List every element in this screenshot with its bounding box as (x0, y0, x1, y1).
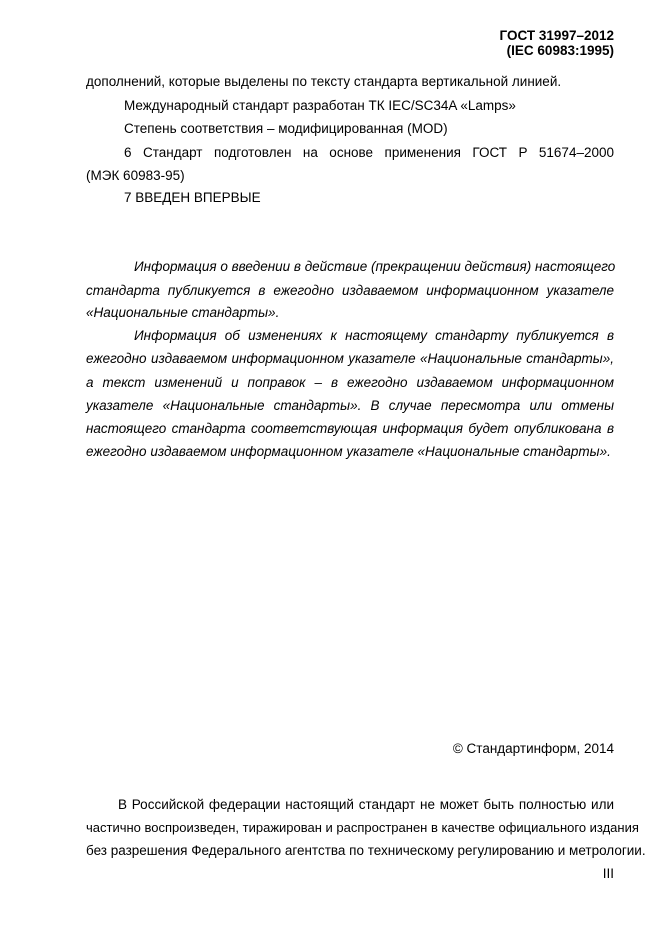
info-line: указателе «Национальные стандарты». В сл… (86, 398, 614, 414)
document-header: ГОСТ 31997–2012 (IEC 60983:1995) (500, 28, 614, 58)
page-number: III (86, 866, 614, 882)
legal-line: В Российской федерации настоящий стандар… (86, 797, 614, 813)
copyright: © Стандартинформ, 2014 (86, 741, 614, 757)
info-line: ежегодно издаваемом информационном указа… (86, 351, 614, 367)
legal-line: без разрешения Федерального агентства по… (86, 843, 614, 859)
body-line: дополнений, которые выделены по тексту с… (86, 74, 614, 90)
info-line: настоящего стандарта соответствующая инф… (86, 421, 614, 437)
body-line: Международный стандарт разработан ТК IEC… (86, 98, 614, 114)
info-line: стандарта публикуется в ежегодно издавае… (86, 283, 614, 299)
document-page: ГОСТ 31997–2012 (IEC 60983:1995) дополне… (0, 0, 661, 935)
body-line: Степень соответствия – модифицированная … (86, 121, 614, 137)
legal-line: частично воспроизведен, тиражирован и ра… (86, 820, 614, 836)
body-line: 7 ВВЕДЕН ВПЕРВЫЕ (86, 190, 614, 206)
info-line: а текст изменений и поправок – в ежегодн… (86, 375, 614, 391)
iec-number: (IEC 60983:1995) (500, 43, 614, 58)
info-line: Информация о введении в действие (прекра… (86, 259, 614, 275)
info-line: ежегодно издаваемом информационном указа… (86, 444, 614, 460)
info-line: Информация об изменениях к настоящему ст… (86, 328, 614, 344)
body-line: 6 Стандарт подготовлен на основе примене… (86, 145, 614, 161)
doc-number: ГОСТ 31997–2012 (500, 28, 614, 43)
info-line: «Национальные стандарты». (86, 305, 614, 321)
body-line: (МЭК 60983-95) (86, 168, 614, 184)
